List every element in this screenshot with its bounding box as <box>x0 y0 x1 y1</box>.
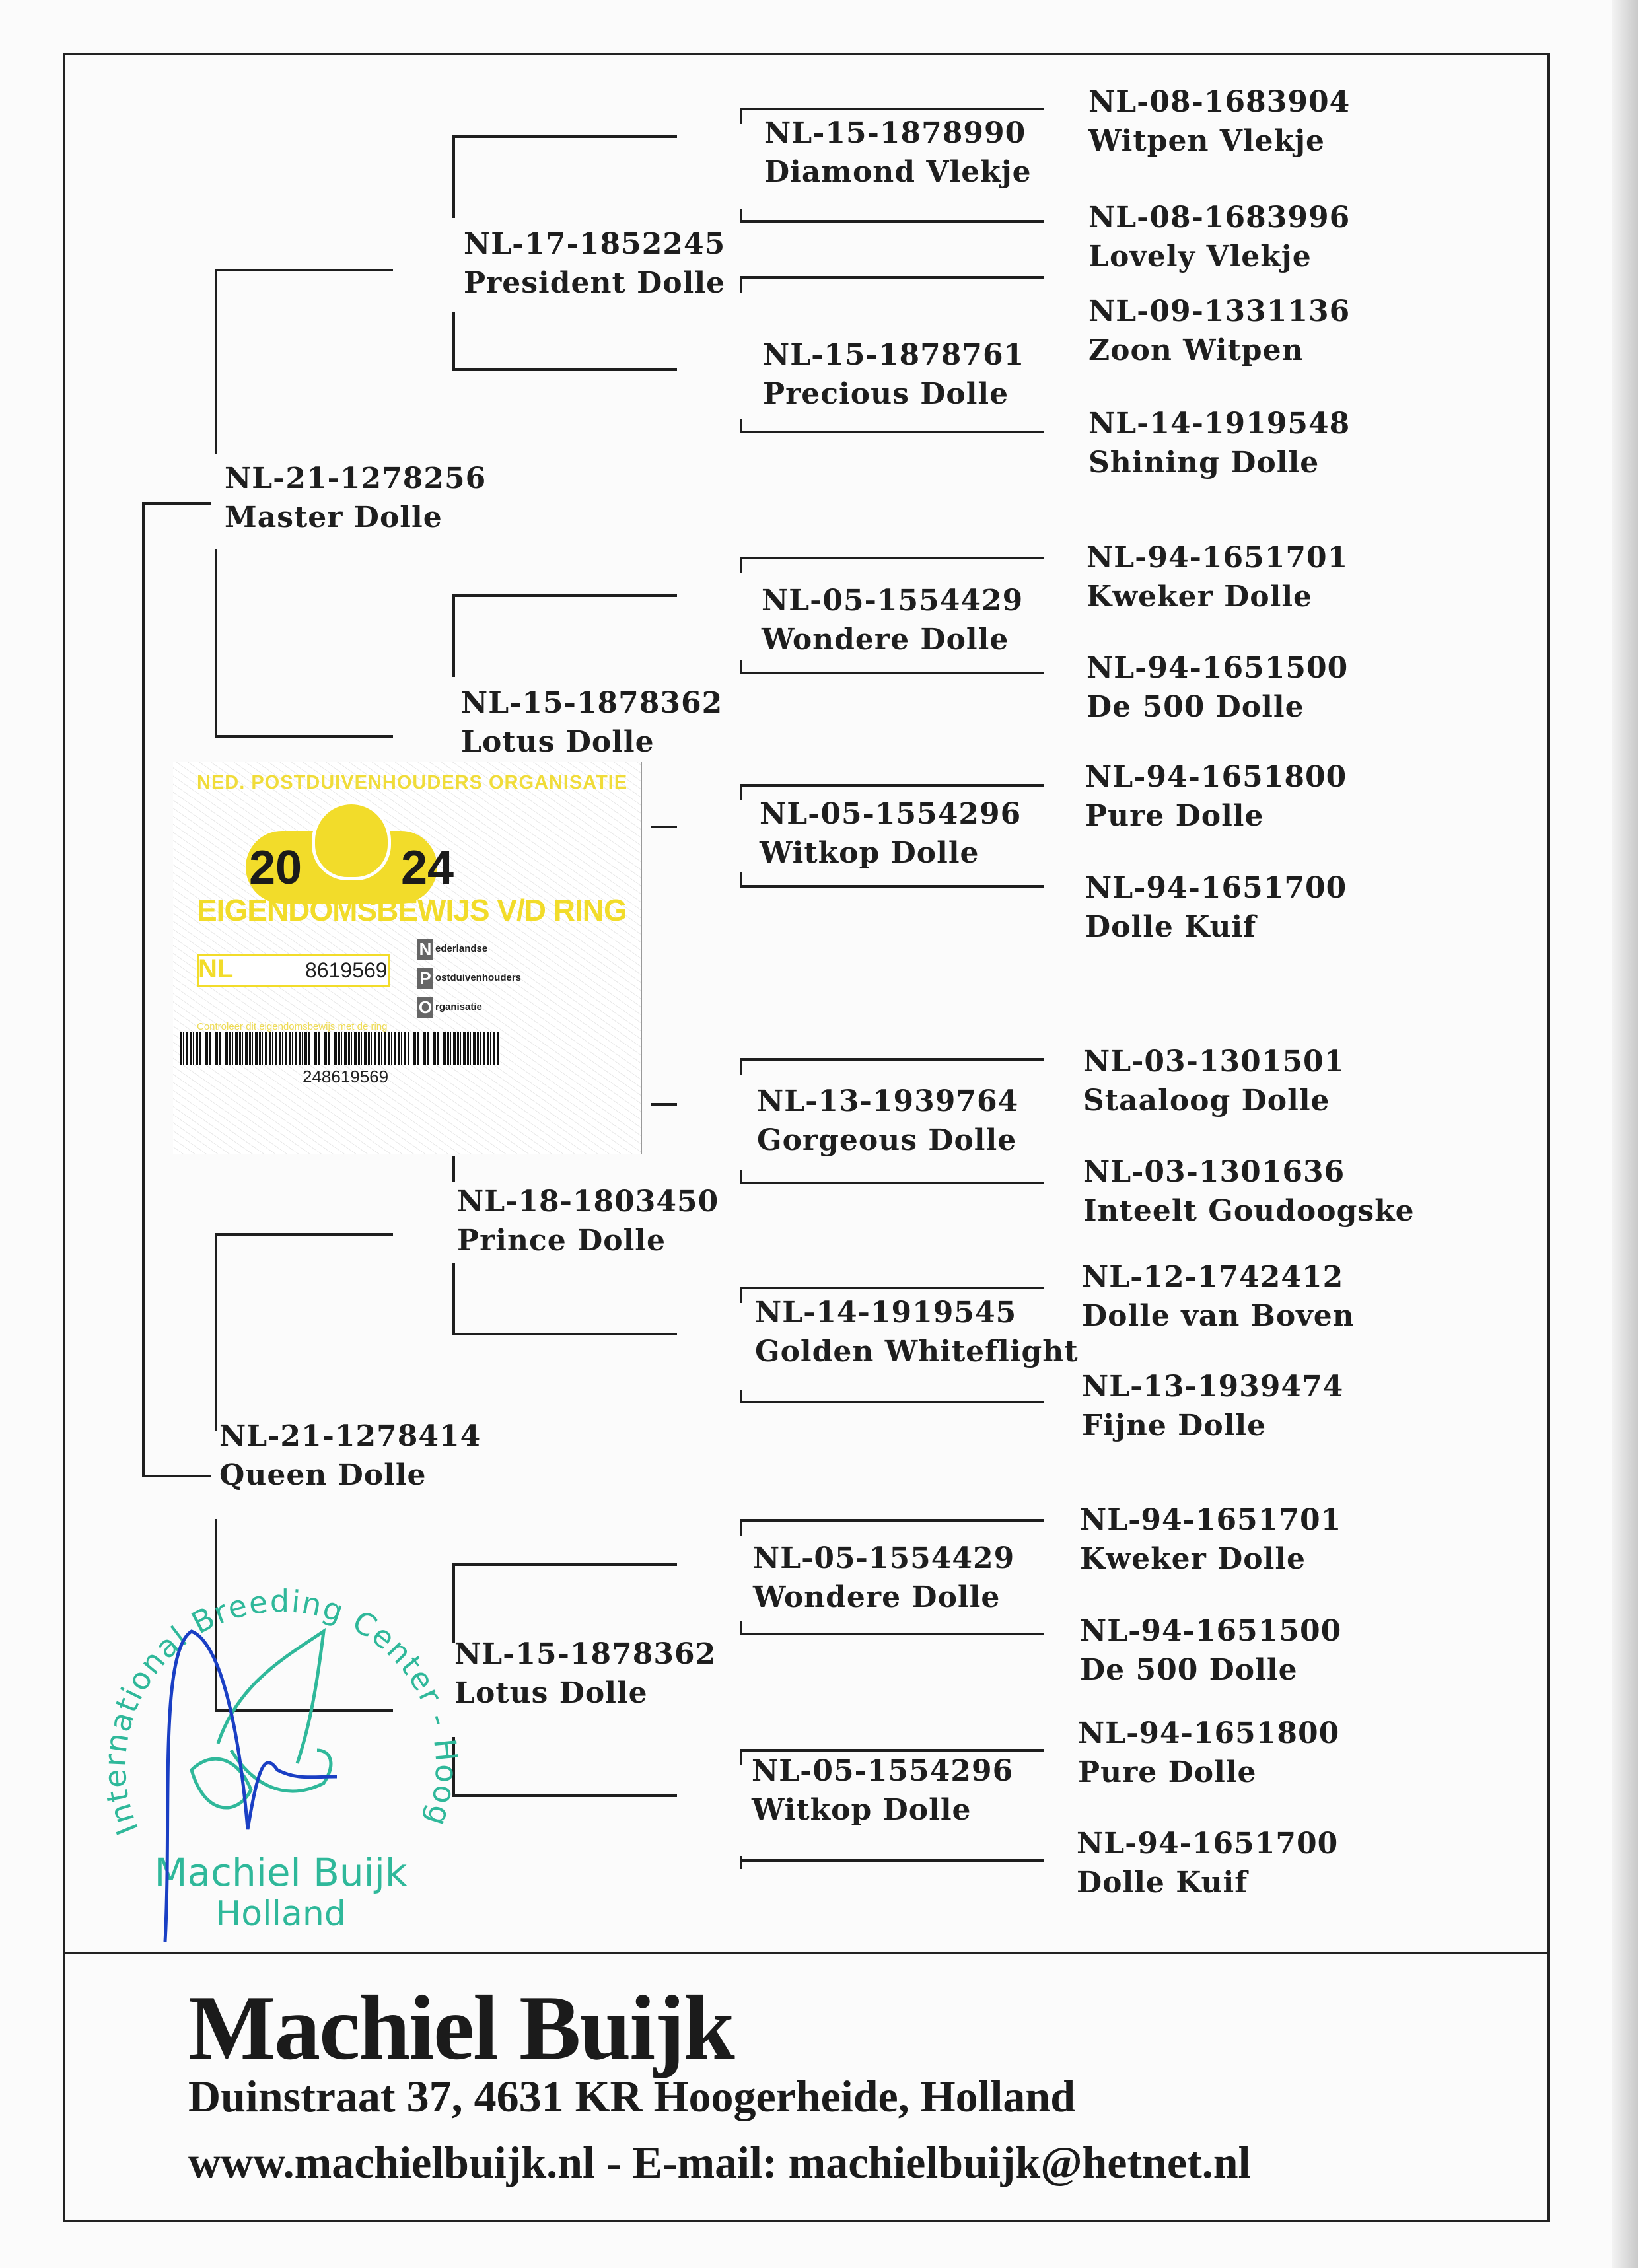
ring-number: NL-94-1651800 <box>1078 1714 1339 1753</box>
barcode <box>180 1032 500 1065</box>
bird-name: Kweker Dolle <box>1086 577 1348 616</box>
card-title: EIGENDOMSBEWIJS V/D RING <box>197 892 627 928</box>
ring-number: NL-94-1651500 <box>1086 649 1348 688</box>
bird-name: De 500 Dolle <box>1086 688 1348 726</box>
bird-name: Queen Dolle <box>219 1456 481 1495</box>
ring-number: NL-03-1301501 <box>1083 1042 1345 1081</box>
ring-number: NL-94-1651700 <box>1077 1824 1338 1863</box>
great-grandparent-2: NL-15-1878761 Precious Dolle <box>763 336 1024 413</box>
great-great-grandparent-2: NL-08-1683996Lovely Vlekje <box>1088 198 1350 276</box>
ring-number: NL-08-1683904 <box>1088 83 1350 122</box>
ring-number: NL-21-1278256 <box>225 459 486 498</box>
ring-number: 8619569 <box>305 958 388 983</box>
stamp-ring-text: International Breeding Center - Hoogerhe… <box>86 1552 464 1840</box>
year-right: 24 <box>401 841 454 895</box>
ring-number: NL-05-1554429 <box>753 1539 1015 1578</box>
stamp-country: Holland <box>215 1894 346 1934</box>
great-grandparent-8: NL-05-1554296 Witkop Dolle <box>752 1752 1013 1829</box>
great-great-grandparent-7: NL-94-1651800Pure Dolle <box>1085 758 1347 835</box>
breeder-address: Duinstraat 37, 4631 KR Hoogerheide, Holl… <box>188 2071 1075 2123</box>
ring-number: NL-94-1651701 <box>1086 538 1348 577</box>
great-great-grandparent-5: NL-94-1651701Kweker Dolle <box>1086 538 1348 616</box>
great-great-grandparent-14: NL-94-1651500De 500 Dolle <box>1080 1612 1341 1689</box>
great-great-grandparent-12: NL-13-1939474Fijne Dolle <box>1082 1367 1343 1445</box>
bird-name: Prince Dolle <box>457 1221 719 1260</box>
bird-name: Kweker Dolle <box>1080 1540 1341 1578</box>
great-great-grandparent-3: NL-09-1331136Zoon Witpen <box>1088 292 1350 370</box>
ring-number: NL-17-1852245 <box>464 225 725 264</box>
great-great-grandparent-1: NL-08-1683904Witpen Vlekje <box>1088 83 1350 160</box>
npo-logo: Nederlandse Postduivenhouders Organisati… <box>417 935 521 1022</box>
bird-name: Inteelt Goudoogske <box>1083 1191 1415 1230</box>
bird-name: Master Dolle <box>225 498 486 537</box>
ring-number: NL-05-1554296 <box>760 795 1021 833</box>
great-grandparent-7: NL-05-1554429 Wondere Dolle <box>753 1539 1015 1617</box>
bird-name: Diamond Vlekje <box>764 153 1032 192</box>
great-great-grandparent-8: NL-94-1651700Dolle Kuif <box>1085 868 1347 946</box>
ring-number: NL-13-1939474 <box>1082 1367 1343 1406</box>
ring-number: NL-05-1554429 <box>762 581 1023 620</box>
bird-name: Golden Whiteflight <box>755 1332 1079 1371</box>
great-great-grandparent-16: NL-94-1651700Dolle Kuif <box>1077 1824 1338 1902</box>
bird-name: Lotus Dolle <box>454 1674 716 1713</box>
ring-number: NL-08-1683996 <box>1088 198 1350 237</box>
great-grandparent-4: NL-05-1554296 Witkop Dolle <box>760 795 1021 872</box>
ring-number: NL-05-1554296 <box>752 1752 1013 1790</box>
great-great-grandparent-6: NL-94-1651500De 500 Dolle <box>1086 649 1348 726</box>
control-text: Controleer dit eigendomsbewijs met de ri… <box>197 1021 387 1032</box>
bird-name: Dolle Kuif <box>1085 907 1347 946</box>
great-grandparent-6: NL-14-1919545 Golden Whiteflight <box>755 1293 1079 1371</box>
ring-number: NL-03-1301636 <box>1083 1152 1415 1191</box>
bird-name: Wondere Dolle <box>762 620 1023 659</box>
ring-number: NL-94-1651500 <box>1080 1612 1341 1650</box>
bird-name: Pure Dolle <box>1085 797 1347 835</box>
ring-number: NL-21-1278414 <box>219 1417 481 1456</box>
ring-number: NL-15-1878761 <box>763 336 1024 374</box>
breeder-name: Machiel Buijk <box>188 1975 734 2081</box>
ring-number: NL-09-1331136 <box>1088 292 1350 331</box>
bird-name: Precious Dolle <box>763 374 1024 413</box>
ring-ownership-card: NED. POSTDUIVENHOUDERS ORGANISATIE 20 24… <box>173 762 642 1154</box>
grandparent-2: NL-15-1878362 Lotus Dolle <box>461 684 723 762</box>
grandparent-1: NL-17-1852245 President Dolle <box>464 225 725 302</box>
bird-name: Dolle van Boven <box>1082 1296 1355 1335</box>
grandparent-4: NL-15-1878362 Lotus Dolle <box>454 1635 716 1713</box>
ring-number: NL-13-1939764 <box>757 1082 1018 1121</box>
great-great-grandparent-10: NL-03-1301636Inteelt Goudoogske <box>1083 1152 1415 1230</box>
bird-name: Witpen Vlekje <box>1088 122 1350 160</box>
bird-name: President Dolle <box>464 264 725 302</box>
great-great-grandparent-11: NL-12-1742412Dolle van Boven <box>1082 1258 1355 1335</box>
parent-dam: NL-21-1278414 Queen Dolle <box>219 1417 481 1495</box>
bird-name: Witkop Dolle <box>760 833 1021 872</box>
stamp-name: Machiel Buijk <box>155 1850 408 1895</box>
bird-name: Wondere Dolle <box>753 1578 1015 1617</box>
card-organization: NED. POSTDUIVENHOUDERS ORGANISATIE <box>197 772 627 794</box>
parent-sire: NL-21-1278256 Master Dolle <box>225 459 486 537</box>
ring-number: NL-15-1878362 <box>461 684 723 723</box>
bird-name: Pure Dolle <box>1078 1753 1339 1792</box>
ring-number: NL-94-1651700 <box>1085 868 1347 907</box>
page-edge-shadow <box>1612 0 1638 2268</box>
bird-name: Lotus Dolle <box>461 723 723 762</box>
great-grandparent-5: NL-13-1939764 Gorgeous Dolle <box>757 1082 1018 1160</box>
ring-number: NL-94-1651800 <box>1085 758 1347 797</box>
bird-name: Staaloog Dolle <box>1083 1081 1345 1120</box>
bird-name: Dolle Kuif <box>1077 1863 1338 1902</box>
ring-number: NL-12-1742412 <box>1082 1258 1355 1296</box>
ring-number: NL-15-1878362 <box>454 1635 716 1674</box>
ring-number: NL-15-1878990 <box>764 114 1032 153</box>
bird-name: Gorgeous Dolle <box>757 1121 1018 1160</box>
great-grandparent-1: NL-15-1878990 Diamond Vlekje <box>764 114 1032 192</box>
svg-text:International Breeding Center: International Breeding Center - Hoogerhe… <box>86 1552 464 1840</box>
bird-name: Witkop Dolle <box>752 1790 1013 1829</box>
bird-name: Fijne Dolle <box>1082 1406 1343 1445</box>
bird-name: De 500 Dolle <box>1080 1650 1341 1689</box>
bird-name: Lovely Vlekje <box>1088 237 1350 276</box>
ring-number: NL-14-1919545 <box>755 1293 1079 1332</box>
great-great-grandparent-9: NL-03-1301501Staaloog Dolle <box>1083 1042 1345 1120</box>
breeding-center-stamp: International Breeding Center - Hoogerhe… <box>86 1552 476 1942</box>
footer-divider <box>63 1952 1550 1954</box>
grandparent-3: NL-18-1803450 Prince Dolle <box>457 1182 719 1260</box>
great-grandparent-3: NL-05-1554429 Wondere Dolle <box>762 581 1023 659</box>
ring-number: NL-94-1651701 <box>1080 1501 1341 1540</box>
great-great-grandparent-15: NL-94-1651800Pure Dolle <box>1078 1714 1339 1792</box>
country-code: NL <box>198 954 233 984</box>
barcode-number: 248619569 <box>303 1067 388 1087</box>
bird-name: Shining Dolle <box>1088 443 1350 482</box>
ring-number: NL-14-1919548 <box>1088 404 1350 443</box>
great-great-grandparent-4: NL-14-1919548Shining Dolle <box>1088 404 1350 482</box>
ring-number: NL-18-1803450 <box>457 1182 719 1221</box>
great-great-grandparent-13: NL-94-1651701Kweker Dolle <box>1080 1501 1341 1578</box>
lion-crest-icon <box>312 801 391 880</box>
bird-name: Zoon Witpen <box>1088 331 1350 370</box>
breeder-contact[interactable]: www.machielbuijk.nl - E-mail: machielbui… <box>188 2137 1250 2189</box>
year-left: 20 <box>249 841 302 895</box>
